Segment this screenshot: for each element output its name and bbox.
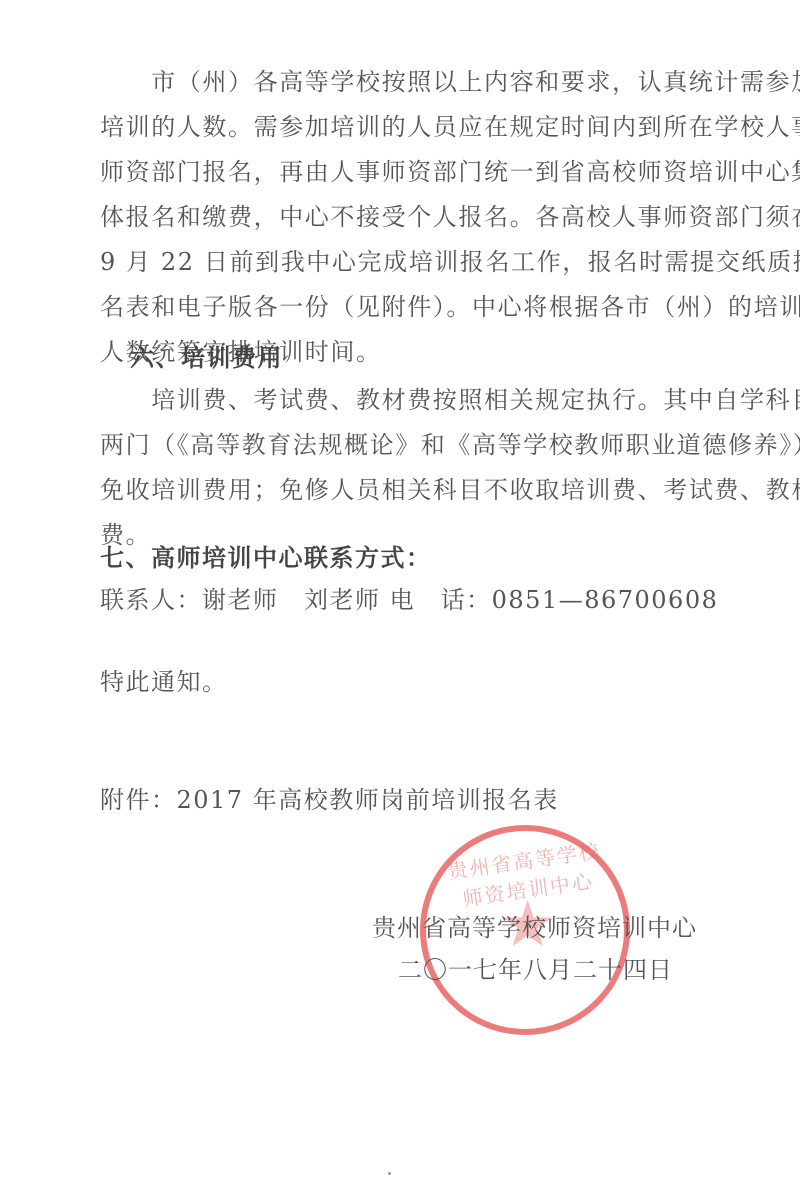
section6-heading: 六、培训费用 [130,343,283,373]
text-line: 师资部门报名，再由人事师资部门统一到省高校师资培训中心集 [100,150,780,195]
text-line: 培训的人数。需参加培训的人员应在规定时间内到所在学校人事 [100,105,780,150]
signature-date: 二〇一七年八月二十四日 [398,950,673,985]
section7-heading: 七、高师培训中心联系方式： [100,543,432,573]
text-line: 名表和电子版各一份（见附件）。中心将根据各市（州）的培训 [100,285,780,330]
registration-paragraph: 市（州）各高等学校按照以上内容和要求，认真统计需参加 培训的人数。需参加培训的人… [100,60,780,375]
text-line: 培训费、考试费、教材费按照相关规定执行。其中自学科目 [100,378,780,423]
text-line: 9 月 22 日前到我中心完成培训报名工作，报名时需提交纸质报 [100,240,780,285]
contact-line: 联系人：谢老师 刘老师 电 话：0851—86700608 [100,585,718,615]
signature-organization: 贵州省高等学校师资培训中心 [372,908,697,943]
document-page: 市（州）各高等学校按照以上内容和要求，认真统计需参加 培训的人数。需参加培训的人… [0,0,800,1194]
text-line: 两门（《高等教育法规概论》和《高等学校教师职业道德修养》） [100,423,780,468]
attachment-line: 附件：2017 年高校教师岗前培训报名表 [100,785,559,815]
text-line: 市（州）各高等学校按照以上内容和要求，认真统计需参加 [100,60,780,105]
closing-text: 特此通知。 [100,667,228,697]
fee-paragraph: 培训费、考试费、教材费按照相关规定执行。其中自学科目 两门（《高等教育法规概论》… [100,378,780,558]
text-line: 免收培训费用；免修人员相关科目不收取培训费、考试费、教材 [100,468,780,513]
text-line: 体报名和缴费，中心不接受个人报名。各高校人事师资部门须在 [100,195,780,240]
scan-speck [388,1172,391,1175]
